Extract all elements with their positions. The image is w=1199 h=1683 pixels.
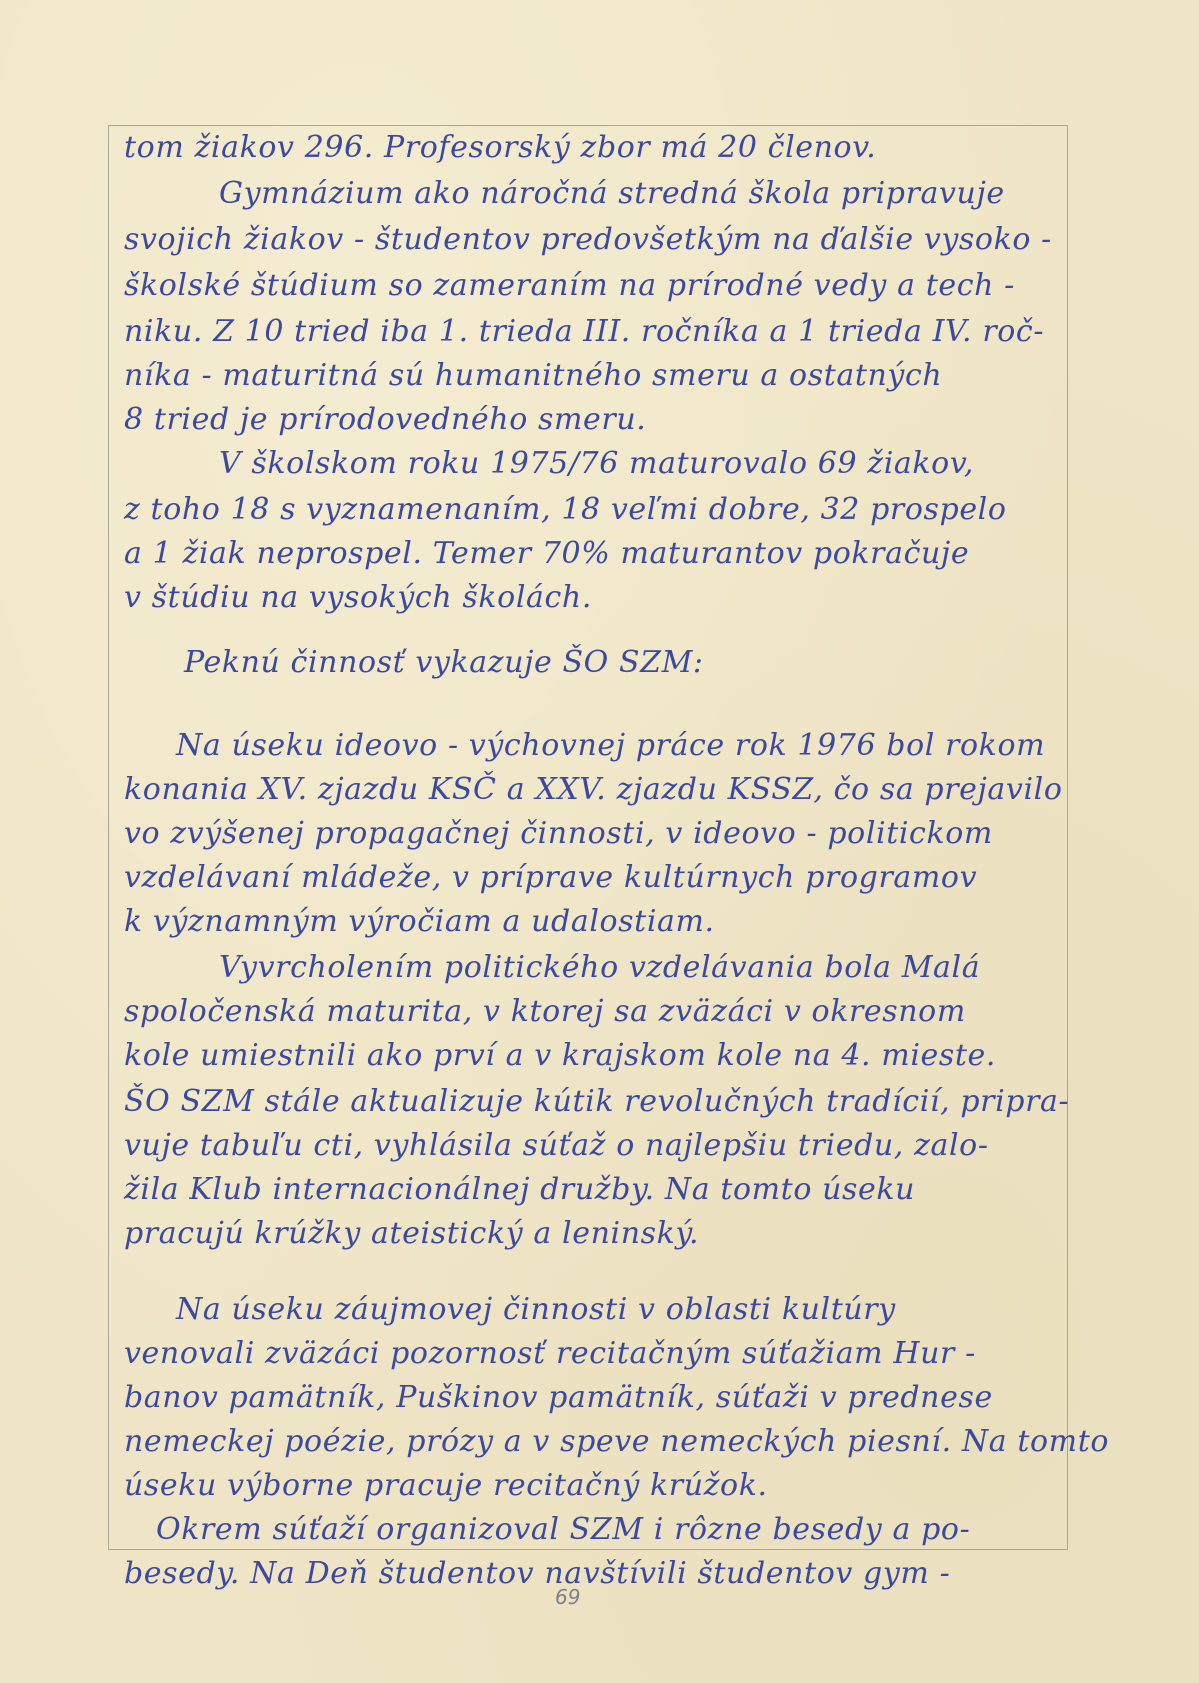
text-line: Na úseku záujmovej činnosti v oblasti ku… [176, 1290, 896, 1330]
text-line: svojich žiakov - študentov predovšetkým … [124, 220, 1052, 260]
text-line: vo zvýšenej propagačnej činnosti, v ideo… [124, 814, 993, 854]
text-line: vuje tabuľu cti, vyhlásila súťaž o najle… [124, 1126, 989, 1166]
text-line: venovali zväzáci pozornosť recitačným sú… [124, 1334, 976, 1374]
text-line: kole umiestnili ako prví a v krajskom ko… [124, 1036, 996, 1076]
text-line: vzdelávaní mládeže, v príprave kultúrnyc… [124, 858, 977, 898]
text-line: k významným výročiam a udalostiam. [124, 902, 715, 942]
text-line: banov pamätník, Puškinov pamätník, súťaž… [124, 1378, 993, 1418]
text-line: niku. Z 10 tried iba 1. trieda III. ročn… [124, 312, 1044, 352]
text-line: ŠO SZM stále aktualizuje kútik revolučný… [124, 1082, 1069, 1122]
text-line: 8 tried je prírodovedného smeru. [124, 400, 646, 440]
text-line: Na úseku ideovo - výchovnej práce rok 19… [176, 726, 1045, 766]
text-line: úseku výborne pracuje recitačný krúžok. [124, 1466, 768, 1506]
text-line: V školskom roku 1975/76 maturovalo 69 ži… [219, 444, 974, 484]
text-line: spoločenská maturita, v ktorej sa zväzác… [124, 992, 966, 1032]
text-line: nemeckej poézie, prózy a v speve nemecký… [124, 1422, 1109, 1462]
text-line: tom žiakov 296. Profesorský zbor má 20 č… [124, 128, 876, 168]
text-line: Okrem súťaží organizoval SZM i rôzne bes… [156, 1510, 970, 1550]
text-line: Gymnázium ako náročná stredná škola prip… [219, 174, 1005, 214]
text-line: pracujú krúžky ateistický a leninský. [124, 1214, 699, 1254]
text-line: školské štúdium so zameraním na prírodné… [124, 266, 1015, 306]
text-line: a 1 žiak neprospel. Temer 70% maturantov… [124, 534, 969, 574]
section-heading: Peknú činnosť vykazuje ŠO SZM: [184, 643, 704, 683]
text-line: konania XV. zjazdu KSČ a XXV. zjazdu KSS… [124, 770, 1063, 810]
text-line: žila Klub internacionálnej družby. Na to… [124, 1170, 915, 1210]
page-number: 69 [555, 1585, 580, 1609]
text-line: Vyvrcholením politického vzdelávania bol… [219, 948, 980, 988]
text-line: besedy. Na Deň študentov navštívili štud… [124, 1554, 950, 1594]
text-line: z toho 18 s vyznamenaním, 18 veľmi dobre… [124, 490, 1007, 530]
text-line: níka - maturitná sú humanitného smeru a … [124, 356, 942, 396]
text-line: v štúdiu na vysokých školách. [124, 578, 592, 618]
notebook-page: tom žiakov 296. Profesorský zbor má 20 č… [0, 0, 1199, 1683]
